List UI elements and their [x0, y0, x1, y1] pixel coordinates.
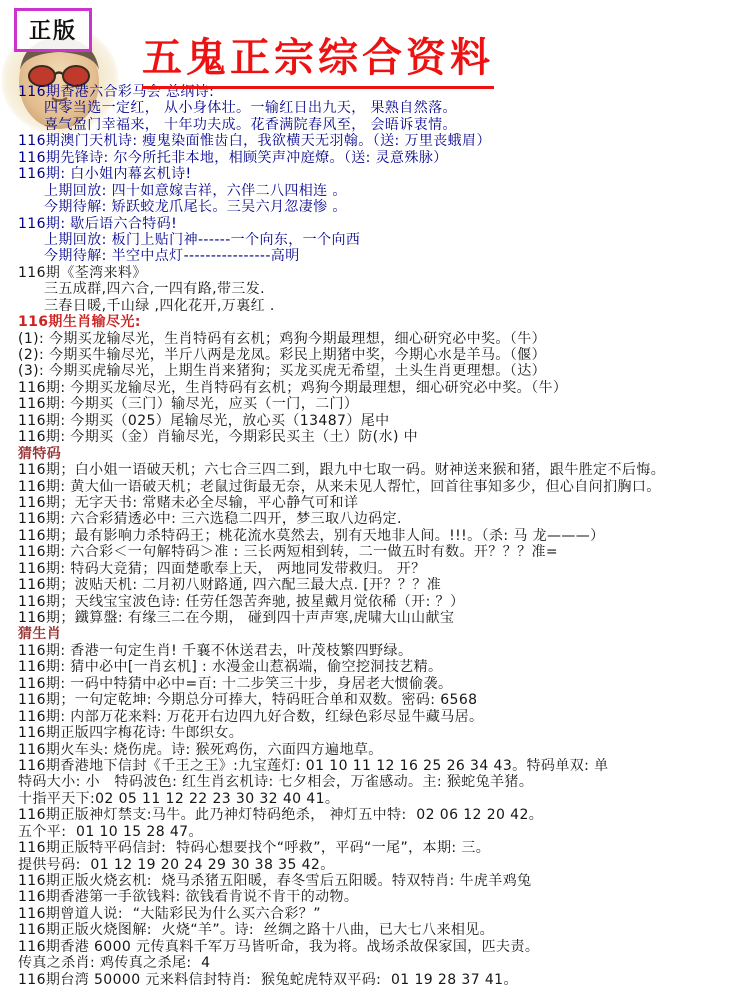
- text-line-53: 116期香港 6000 元传真料千军万马皆听命，我为将。战场杀故保家国，匹夫责。: [18, 939, 740, 955]
- text-line-18: (3): 今期买虎输尽光，上期生肖来猪狗；买龙买虎无希望，土头生肖更理想。（达）: [18, 363, 740, 379]
- text-line-47: 116期正版特平码信封: 特码心想要找个“呼救”，平码“一尾”，本期: 三。: [18, 840, 740, 856]
- text-line-52: 116期正版火烧图解: 火烧“羊”。诗: 丝绸之路十八曲，已大七八来相见。: [18, 922, 740, 938]
- text-line-12: 116期《荃湾来料》: [18, 265, 740, 281]
- genuine-badge: 正版: [14, 8, 92, 52]
- text-line-6: 116期: 白小姐内幕玄机诗!: [18, 166, 740, 182]
- text-line-20: 116期: 今期买（三门）输尽光，应买（一门，二门）: [18, 396, 740, 412]
- text-line-27: 116期: 六合彩猜透必中: 三六选稳二四开，梦三取八边码定.: [18, 511, 740, 527]
- text-line-45: 116期正版神灯禁支:马牛。此乃神灯特码绝杀， 神灯五中特: 02 06 12 …: [18, 807, 740, 823]
- text-line-48: 提供号码: 01 12 19 20 24 29 30 38 35 42。: [18, 857, 740, 873]
- text-line-32: 116期；天线宝宝波色诗: 任劳任怨苦奔驰, 披星戴月觉依稀（开: ？）: [18, 594, 740, 610]
- text-line-7: 上期回放: 四十如意嫁吉祥，六伴二八四相连 。: [18, 183, 740, 199]
- text-line-34: 猜生肖: [18, 626, 740, 642]
- tip-sheet-page: 正版 五鬼正宗综合资料 116期香港六合彩马会 总纲诗:四零当选一定红， 从小身…: [0, 0, 740, 995]
- text-line-17: (2): 今期买牛输尽光，半斤八两是龙凤。彩民上期猪中奖，今期心水是羊马。（偃）: [18, 347, 740, 363]
- text-line-33: 116期；鐵算盤: 有缘三二在今期， 碰到四十声声寒,虎啸大山山献宝: [18, 610, 740, 626]
- text-line-42: 116期香港地下信封《千王之王》:九宝莲灯: 01 10 11 12 16 25…: [18, 758, 740, 774]
- text-line-15: 116期生肖输尽光:: [18, 314, 740, 330]
- text-line-5: 116期先锋诗: 尔今所托非本地，相顾笑声冲庭燎。（送: 灵意殊脉）: [18, 150, 740, 166]
- text-line-49: 116期正版火烧玄机: 烧马杀猪五阳暖，春冬雪后五阳暖。特双特肖: 牛虎羊鸡兔: [18, 873, 740, 889]
- text-line-8: 今期待解: 矫跃蛟龙爪尾长。三吴六月忽凄惨 。: [18, 199, 740, 215]
- text-line-46: 五个平: 01 10 15 28 47。: [18, 824, 740, 840]
- text-line-51: 116期曾道人说: “大陆彩民为什么买六合彩？”: [18, 906, 740, 922]
- text-line-37: 116期: 一码中特猜中必中=百: 十二步笑三十步，身居老大惯偷袭。: [18, 676, 740, 692]
- text-line-11: 今期待解: 半空中点灯----------------高明: [18, 248, 740, 264]
- document-body: 116期香港六合彩马会 总纲诗:四零当选一定红， 从小身体壮。一输红日出九天， …: [18, 84, 740, 988]
- text-line-24: 116期；白小姐一语破天机；六七合三四二到，跟九中七取一码。财神送来猴和猪，跟牛…: [18, 462, 740, 478]
- text-line-31: 116期；波贴天机: 二月初八财路通, 四六配三最大点. [开？？？准: [18, 577, 740, 593]
- text-line-35: 116期: 香港一句定生肖! 千襄不休送君去，叶茂枝繁四野绿。: [18, 643, 740, 659]
- page-title: 五鬼正宗综合资料: [142, 26, 494, 89]
- text-line-21: 116期: 今期买（025）尾输尽光，放心买（13487）尾中: [18, 413, 740, 429]
- text-line-39: 116期: 内部万花来料: 万花开右边四九好合数，红绿色彩尽显牛藏马居。: [18, 709, 740, 725]
- text-line-38: 116期；一句定乾坤: 今期总分可捧大，特码旺合单和双数。密码: 6568: [18, 692, 740, 708]
- text-line-16: (1): 今期买龙输尽光，生肖特码有玄机；鸡狗今期最理想，细心研究必中奖。（牛）: [18, 331, 740, 347]
- text-line-36: 116期: 猜中必中[一肖玄机] : 水漫金山惹祸端，偷空挖洞技艺精。: [18, 659, 740, 675]
- text-line-14: 三春日暖,千山绿 ,四化花开,万裏红 .: [18, 298, 740, 314]
- text-line-43: 特码大小: 小 特码波色: 红生肖玄机诗: 七夕相会，万雀感动。主: 猴蛇兔羊猪…: [18, 774, 740, 790]
- text-line-54: 传真之杀肖: 鸡传真之杀尾: 4: [18, 955, 740, 971]
- text-line-25: 116期: 黄大仙一语破天机；老鼠过街最无奈，从来未见人帮忙，回首往事知多少，但…: [18, 479, 740, 495]
- text-line-10: 上期回放: 板门上贴门神------一个向东，一个向西: [18, 232, 740, 248]
- text-line-28: 116期；最有影响力杀特码王；桃花流水莫然去，别有天地非人间。!!!。（杀: 马…: [18, 528, 740, 544]
- text-line-3: 喜气盈门幸福来， 十年功夫成。花香满院春风至， 会晤诉衷情。: [18, 117, 740, 133]
- text-line-19: 116期: 今期买龙输尽光，生肖特码有玄机；鸡狗今期最理想，细心研究必中奖。（牛…: [18, 380, 740, 396]
- text-line-44: 十指平天下:02 05 11 12 22 23 30 32 40 41。: [18, 791, 740, 807]
- text-line-13: 三五成群,四六合,一四有路,带三发.: [18, 281, 740, 297]
- text-line-22: 116期: 今期买（金）肖输尽光，今期彩民买主（土）防(水) 中: [18, 429, 740, 445]
- text-line-55: 116期台湾 50000 元来料信封特肖: 猴兔蛇虎特双平码: 01 19 28…: [18, 972, 740, 988]
- text-line-2: 四零当选一定红， 从小身体壮。一输红日出九天， 果熟自然落。: [18, 100, 740, 116]
- text-line-9: 116期: 歇后语六合特码!: [18, 216, 740, 232]
- text-line-41: 116期火车头: 烧伤虎。诗: 猴死鸡伤，六面四方遍地草。: [18, 742, 740, 758]
- text-line-23: 猜特码: [18, 446, 740, 462]
- text-line-4: 116期澳门天机诗: 瘦鬼染面惟齿白，我欲横天无羽翰。（送: 万里丧蛾眉）: [18, 133, 740, 149]
- text-line-40: 116期正版四字梅花诗: 牛郎织女。: [18, 725, 740, 741]
- text-line-30: 116期: 特码大竞猜；四面楚歌奉上天， 两地同发带救归。 开？: [18, 561, 740, 577]
- text-line-50: 116期香港第一手欲钱料: 欲钱看肯说不肯干的动物。: [18, 889, 740, 905]
- text-line-29: 116期: 六合彩＜一句解特码＞准 : 三长两短相到转，二一做五时有数。开？？？…: [18, 544, 740, 560]
- text-line-26: 116期；无字天书: 常赌未必全尽输，平心静气可和详: [18, 495, 740, 511]
